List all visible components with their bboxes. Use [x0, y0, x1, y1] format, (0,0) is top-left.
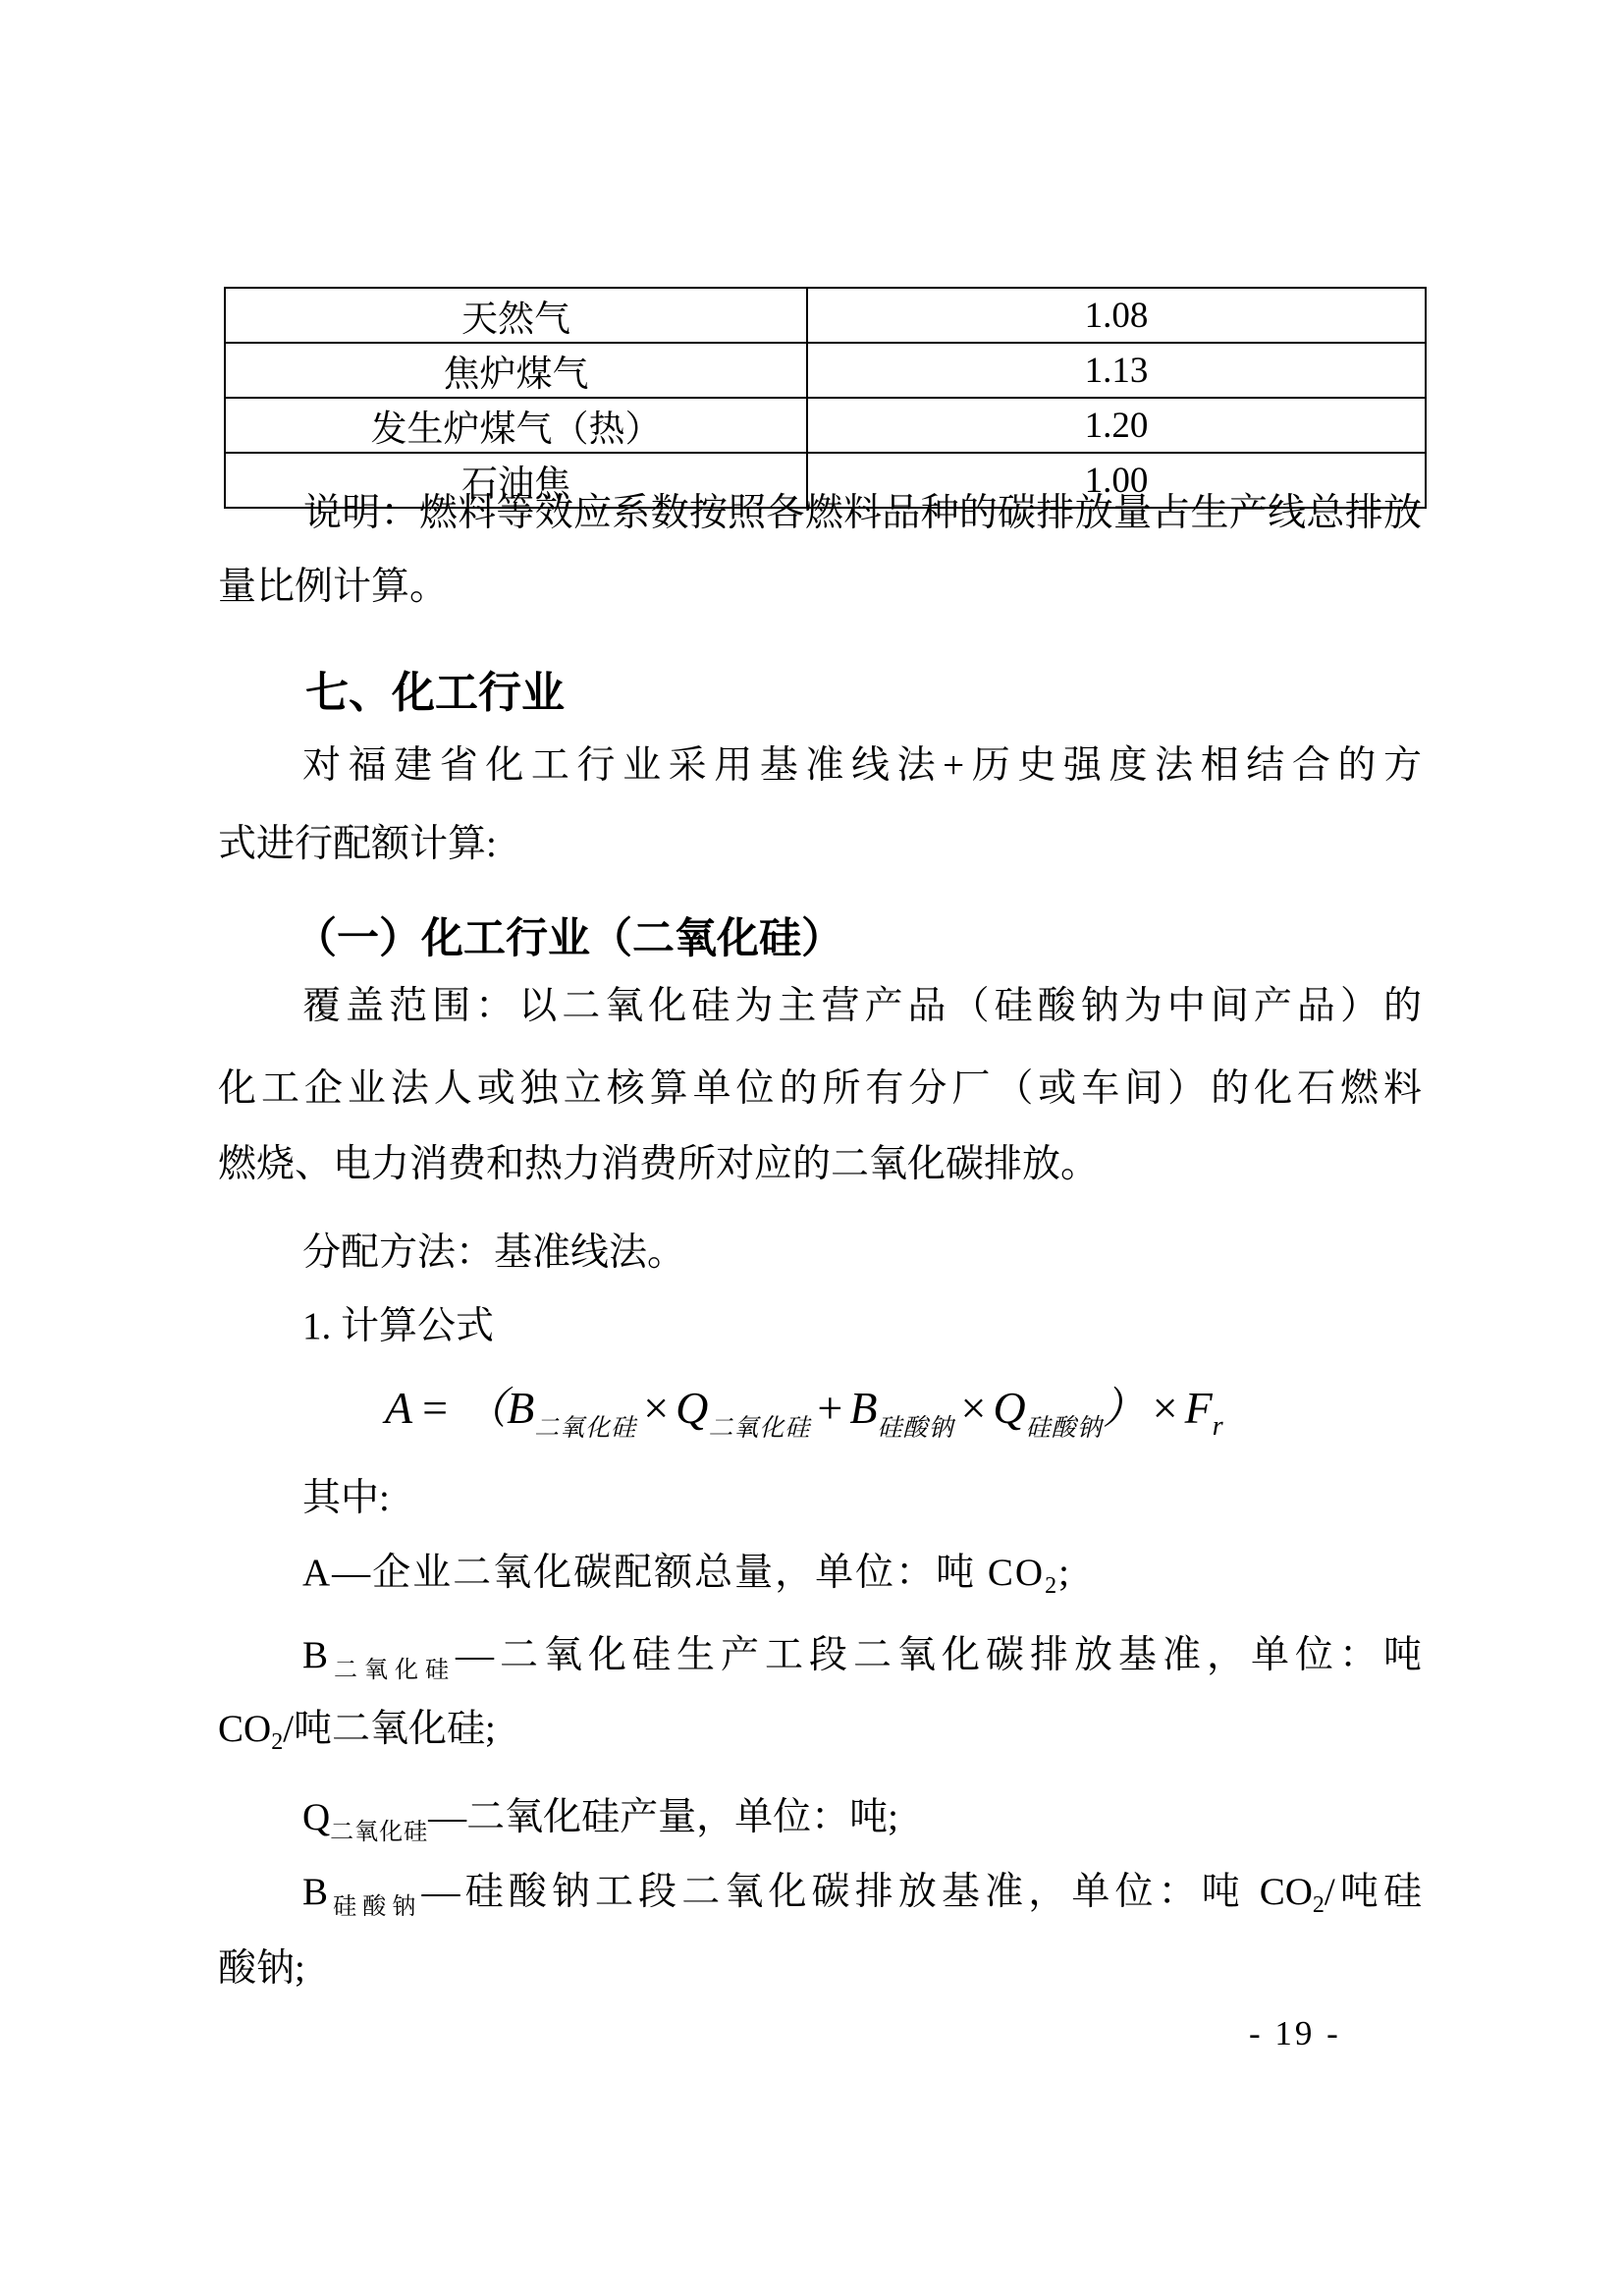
formula-sub-F: r	[1213, 1411, 1223, 1442]
definition-b2-symbol-sub: 硅酸钠	[328, 1894, 422, 1920]
formula-equals: =	[422, 1383, 448, 1433]
formula-label: 1. 计算公式	[302, 1303, 494, 1351]
co2-subscript: 2	[1313, 1892, 1325, 1918]
method-line: 分配方法：基准线法。	[302, 1230, 685, 1278]
definition-b1-symbol: B	[302, 1634, 328, 1676]
formula-right-paren: ）	[1103, 1385, 1146, 1433]
co2-subscript: 2	[1045, 1573, 1058, 1599]
table-cell-value: 1.13	[807, 343, 1426, 398]
chapter-intro-line2: 式进行配额计算:	[218, 821, 497, 869]
formula-var-B1: B	[507, 1383, 534, 1433]
formula-times2: ×	[960, 1383, 986, 1433]
table-row: 天然气 1.08	[225, 288, 1426, 343]
definition-q-symbol-sub: 二氧化硅	[330, 1820, 428, 1845]
table-note-line2: 量比例计算。	[218, 564, 448, 612]
scope-line3: 燃烧、电力消费和热力消费所对应的二氧化碳排放。	[218, 1141, 1099, 1189]
formula-var-F: F	[1185, 1383, 1213, 1433]
definition-b1-cont-post: /吨二氧化硅;	[283, 1708, 496, 1750]
definition-b2-symbol: B	[302, 1871, 328, 1913]
co2-subscript: 2	[271, 1729, 283, 1755]
definition-a-text: A—企业二氧化碳配额总量，单位：吨 CO	[302, 1552, 1045, 1594]
definition-b1: B二氧化硅—二氧化硅生产工段二氧化碳排放基准，单位：吨	[302, 1632, 1422, 1685]
formula-sub-B1: 二氧化硅	[534, 1415, 636, 1442]
table-note-line1: 说明：燃料等效应系数按照各燃料品种的碳排放量占生产线总排放	[303, 490, 1422, 538]
definition-q: Q二氧化硅—二氧化硅产量，单位：吨;	[302, 1794, 898, 1847]
table-cell-value: 1.20	[807, 398, 1426, 453]
scope-line1: 覆盖范围：以二氧化硅为主营产品（硅酸钠为中间产品）的	[302, 983, 1422, 1031]
definition-b1-cont: CO2/吨二氧化硅;	[218, 1706, 496, 1757]
table-cell-fuel: 天然气	[225, 288, 807, 343]
formula-times3: ×	[1153, 1383, 1178, 1433]
among-label: 其中:	[302, 1475, 390, 1523]
formula-sub-B2: 硅酸钠	[877, 1415, 953, 1442]
definition-b2: B硅酸钠—硅酸钠工段二氧化碳排放基准，单位：吨 CO2/吨硅	[302, 1869, 1422, 1922]
table-row: 发生炉煤气（热） 1.20	[225, 398, 1426, 453]
formula-sub-Q1: 二氧化硅	[708, 1415, 810, 1442]
formula-var-B2: B	[849, 1383, 877, 1433]
fuel-factor-table: 天然气 1.08 焦炉煤气 1.13 发生炉煤气（热） 1.20 石油焦 1.0…	[224, 287, 1427, 509]
subsection-heading: （一）化工行业（二氧化硅）	[295, 913, 843, 966]
definition-b2-cont: 酸钠;	[218, 1945, 305, 1994]
table-cell-value: 1.08	[807, 288, 1426, 343]
definition-b1-cont-pre: CO	[218, 1708, 271, 1750]
chapter-intro-line1: 对福建省化工行业采用基准线法+历史强度法相结合的方	[302, 742, 1422, 791]
formula-sub-Q2: 硅酸钠	[1026, 1415, 1103, 1442]
formula-var-Q2: Q	[993, 1383, 1025, 1433]
formula-var-Q1: Q	[676, 1383, 708, 1433]
formula-plus: +	[817, 1383, 842, 1433]
definition-a: A—企业二氧化碳配额总量，单位：吨 CO2;	[302, 1550, 1071, 1601]
definition-b1-text: —二氧化硅生产工段二氧化碳排放基准，单位：吨	[456, 1634, 1422, 1676]
chapter-heading: 七、化工行业	[305, 666, 565, 720]
document-page: 天然气 1.08 焦炉煤气 1.13 发生炉煤气（热） 1.20 石油焦 1.0…	[0, 0, 1623, 2296]
formula-times1: ×	[643, 1383, 669, 1433]
table-cell-fuel: 焦炉煤气	[225, 343, 807, 398]
definition-b2-end: /吨硅	[1325, 1871, 1422, 1913]
definition-q-text: —二氧化硅产量，单位：吨;	[428, 1796, 898, 1838]
table-cell-fuel: 发生炉煤气（热）	[225, 398, 807, 453]
definition-b1-symbol-sub: 二氧化硅	[328, 1658, 456, 1683]
allocation-formula: A=（B二氧化硅×Q二氧化硅+B硅酸钠×Q硅酸钠）×Fr	[385, 1380, 1223, 1444]
table-row: 焦炉煤气 1.13	[225, 343, 1426, 398]
page-number: - 19 -	[1249, 2014, 1341, 2053]
definition-a-end: ;	[1058, 1552, 1071, 1594]
scope-line2: 化工企业法人或独立核算单位的所有分厂（或车间）的化石燃料	[218, 1066, 1422, 1114]
definition-q-symbol: Q	[302, 1796, 330, 1838]
formula-var-A: A	[385, 1383, 412, 1433]
formula-left-paren: （	[463, 1385, 507, 1433]
definition-b2-text: —硅酸钠工段二氧化碳排放基准，单位：吨 CO	[422, 1871, 1313, 1913]
